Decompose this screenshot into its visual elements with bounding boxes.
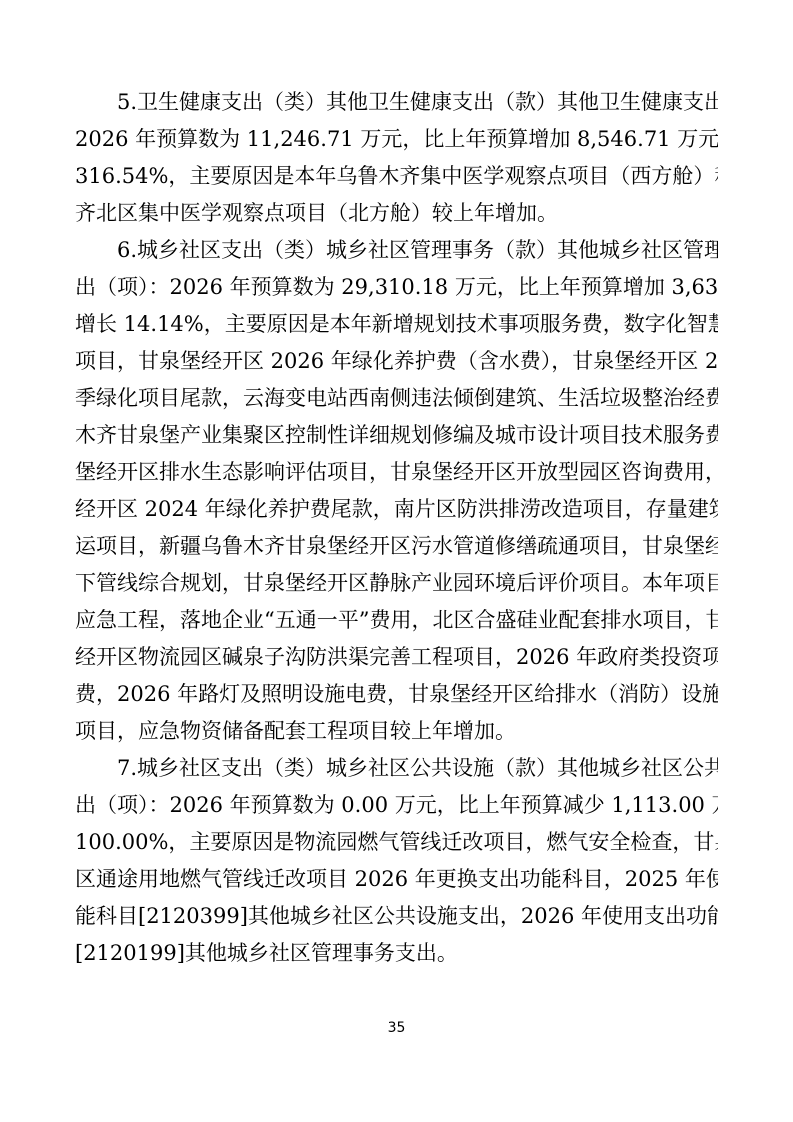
text-line: 2026 年预算数为 11,246.71 万元，比上年预算增加 8,546.71… [75, 121, 718, 158]
page-number: 35 [0, 1020, 793, 1036]
document-page: 5.卫生健康支出（类）其他卫生健康支出（款）其他卫生健康支出（项）：2026 年… [0, 0, 793, 1122]
text-line: 出（项）：2026 年预算数为 29,310.18 万元，比上年预算增加 3,6… [75, 269, 718, 306]
text-line: 100.00%，主要原因是物流园燃气管线迁改项目，燃气安全检查，甘泉堡经开 [75, 824, 718, 861]
text-line: 经开区 2024 年绿化养护费尾款，南片区防洪排涝改造项目，存量建筑垃圾清 [75, 491, 718, 528]
text-line: 区通途用地燃气管线迁改项目 2026 年更换支出功能科目，2025 年使用支出功 [75, 861, 718, 898]
text-line: 堡经开区排水生态影响评估项目，甘泉堡经开区开放型园区咨询费用，甘泉堡 [75, 454, 718, 491]
text-line: 6.城乡社区支出（类）城乡社区管理事务（款）其他城乡社区管理事务支 [75, 232, 718, 269]
text-line: 费，2026 年路灯及照明设施电费，甘泉堡经开区给排水（消防）设施日常维护 [75, 676, 718, 713]
text-line: 经开区物流园区碱泉子沟防洪渠完善工程项目，2026 年政府类投资项目前期 [75, 639, 718, 676]
text-line: 能科目[2120399]其他城乡社区公共设施支出，2026 年使用支出功能科目 [75, 898, 718, 935]
paragraph-item-7: 7.城乡社区支出（类）城乡社区公共设施（款）其他城乡社区公共设施支出（项）：20… [75, 750, 718, 972]
text-line: [2120199]其他城乡社区管理事务支出。 [75, 935, 718, 972]
text-line: 齐北区集中医学观察点项目（北方舱）较上年增加。 [75, 195, 718, 232]
text-line: 下管线综合规划，甘泉堡经开区静脉产业园环境后评价项目。本年项目前期和 [75, 565, 718, 602]
text-line: 5.卫生健康支出（类）其他卫生健康支出（款）其他卫生健康支出（项）： [75, 84, 718, 121]
text-line: 316.54%，主要原因是本年乌鲁木齐集中医学观察点项目（西方舱）和乌鲁木 [75, 158, 718, 195]
text-line: 出（项）：2026 年预算数为 0.00 万元，比上年预算减少 1,113.00… [75, 787, 718, 824]
document-body: 5.卫生健康支出（类）其他卫生健康支出（款）其他卫生健康支出（项）：2026 年… [75, 84, 718, 972]
text-line: 木齐甘泉堡产业集聚区控制性详细规划修编及城市设计项目技术服务费，甘泉 [75, 417, 718, 454]
text-line: 应急工程，落地企业“五通一平”费用，北区合盛硅业配套排水项目，甘泉堡 [75, 602, 718, 639]
paragraph-item-5: 5.卫生健康支出（类）其他卫生健康支出（款）其他卫生健康支出（项）：2026 年… [75, 84, 718, 232]
text-line: 季绿化项目尾款，云海变电站西南侧违法倾倒建筑、生活垃圾整治经费，乌鲁 [75, 380, 718, 417]
text-line: 项目，应急物资储备配套工程项目较上年增加。 [75, 713, 718, 750]
paragraph-item-6: 6.城乡社区支出（类）城乡社区管理事务（款）其他城乡社区管理事务支出（项）：20… [75, 232, 718, 750]
text-line: 增长 14.14%，主要原因是本年新增规划技术事项服务费，数字化智慧园区建设 [75, 306, 718, 343]
text-line: 运项目，新疆乌鲁木齐甘泉堡经开区污水管道修缮疏通项目，甘泉堡经开区地 [75, 528, 718, 565]
text-line: 7.城乡社区支出（类）城乡社区公共设施（款）其他城乡社区公共设施支 [75, 750, 718, 787]
text-line: 项目，甘泉堡经开区 2026 年绿化养护费（含水费），甘泉堡经开区 2023 年… [75, 343, 718, 380]
